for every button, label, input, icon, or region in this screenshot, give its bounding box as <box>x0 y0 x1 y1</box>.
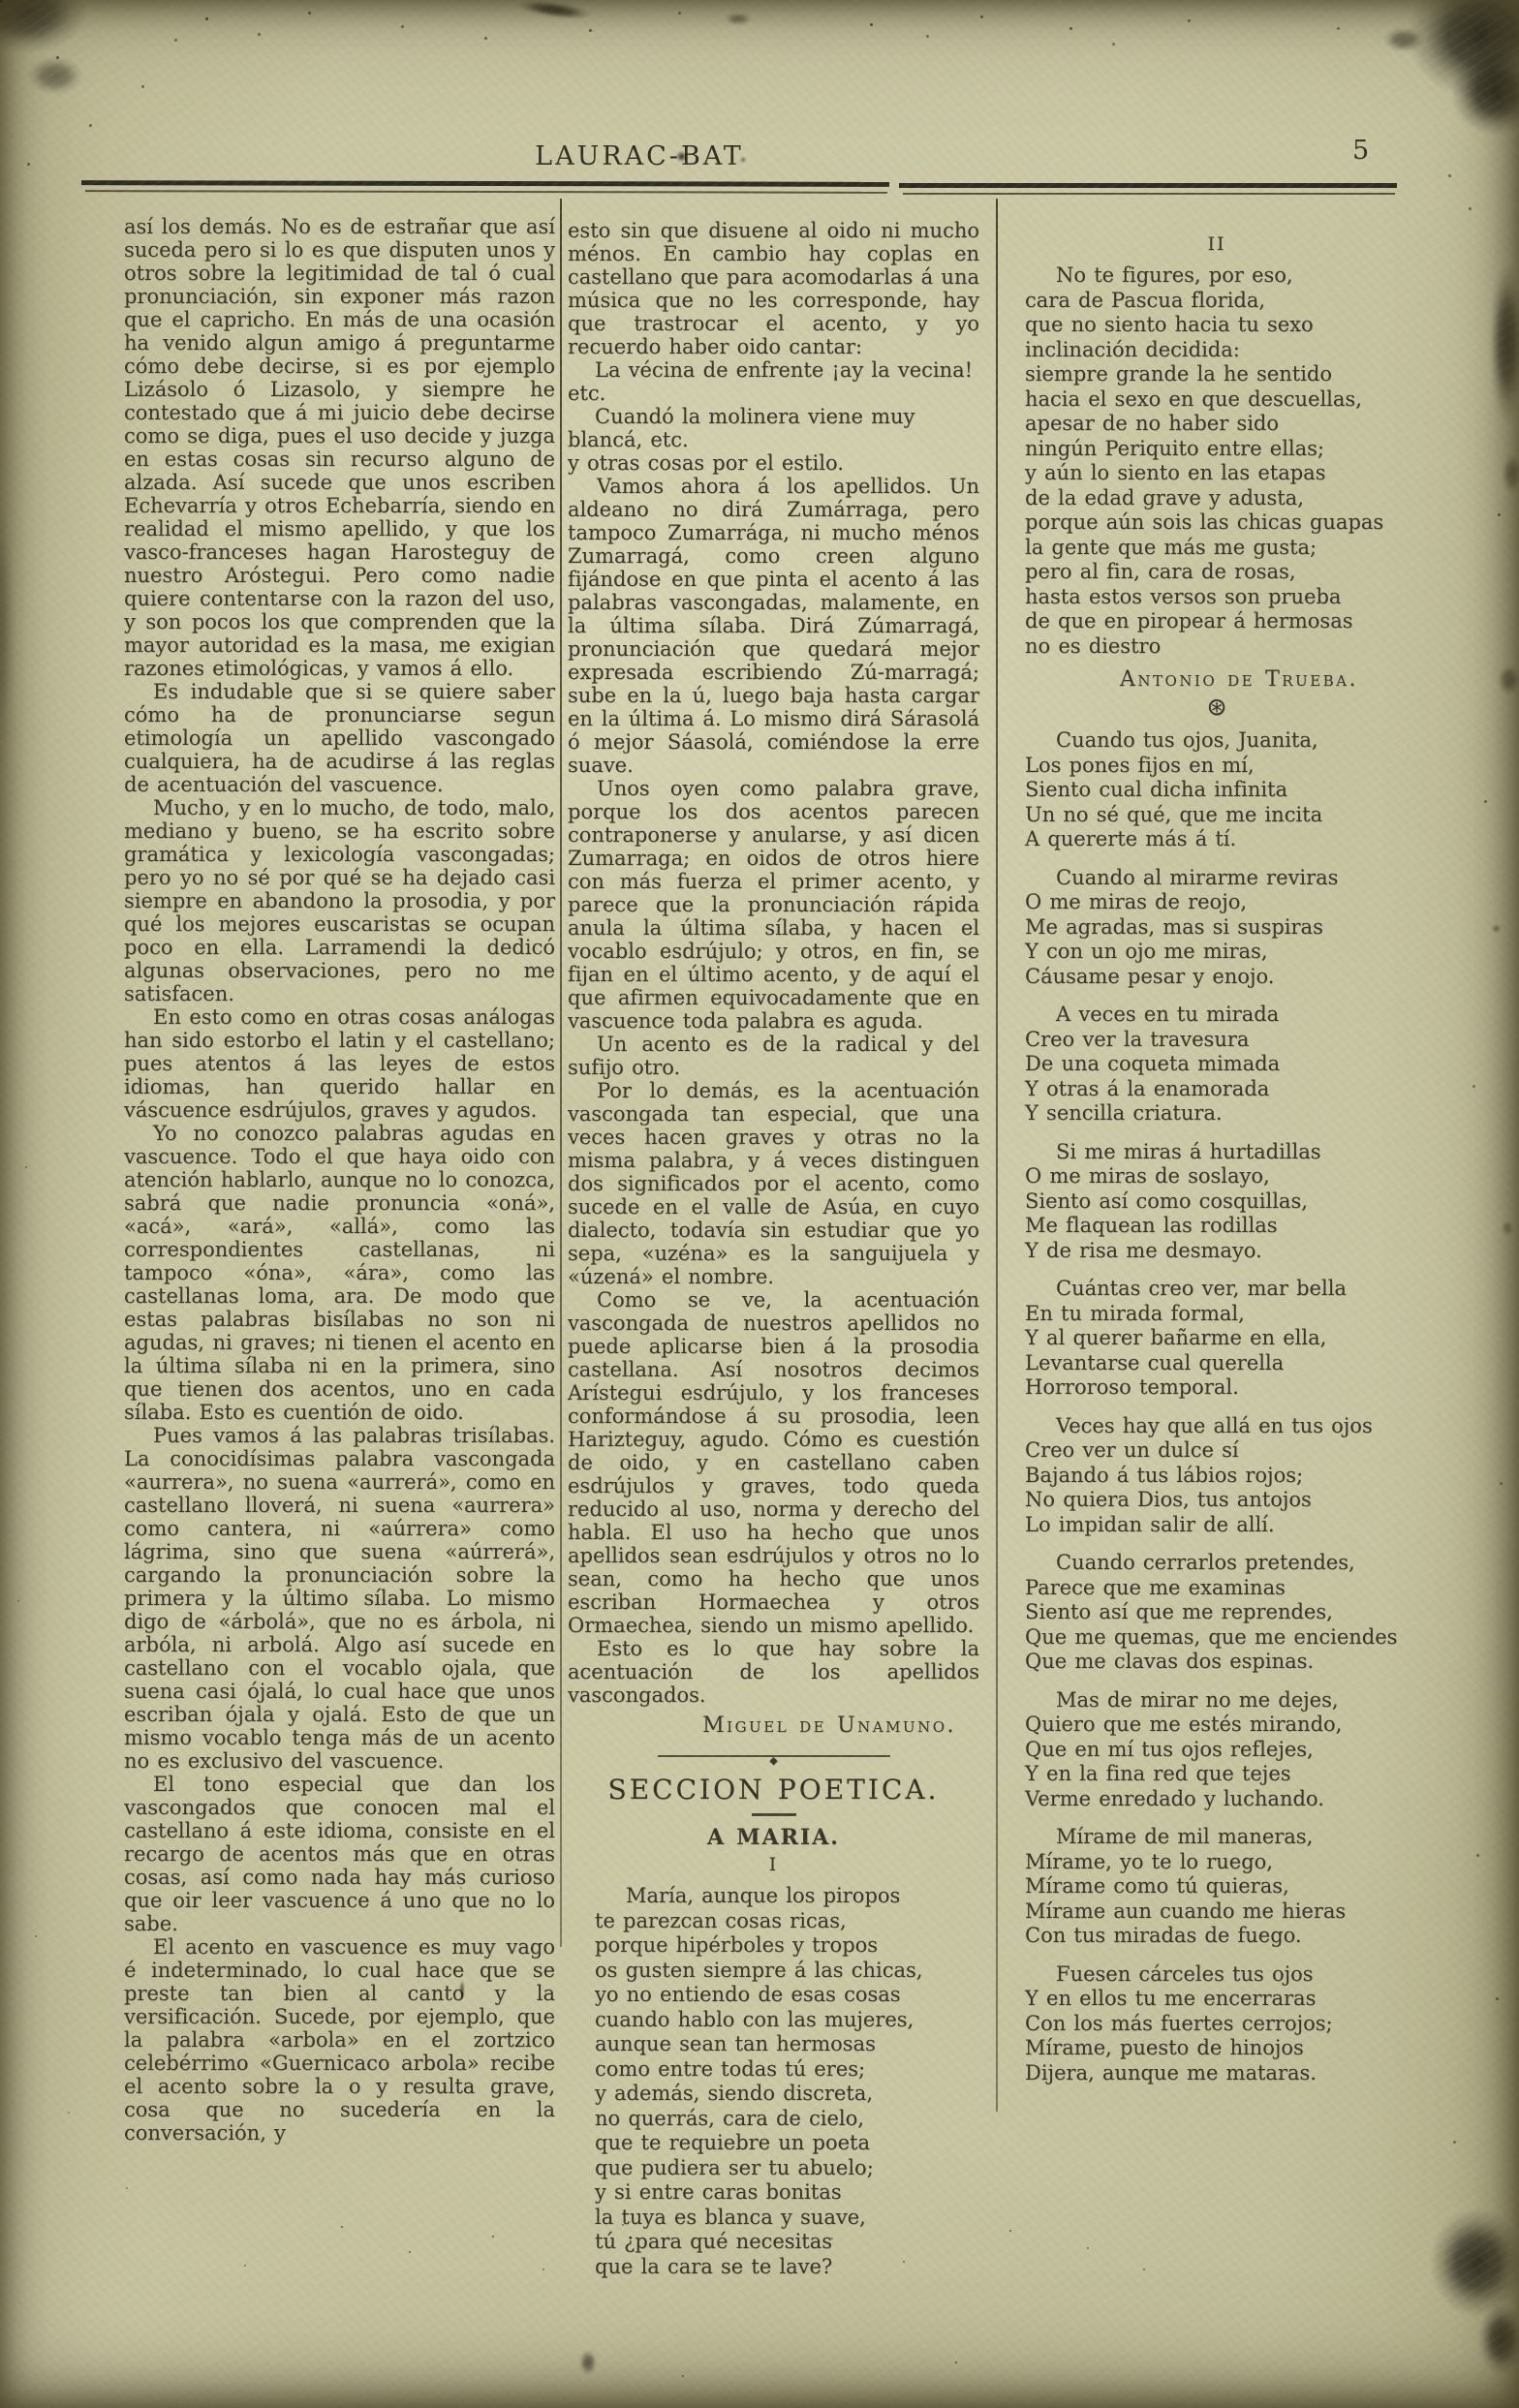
poem-line: que pudiera ser tu abuelo; <box>595 2156 979 2181</box>
poem-line: Cuántas creo ver, mar bella <box>1025 1277 1420 1302</box>
poem-line: hasta estos versos son prueba <box>1025 585 1420 610</box>
poem-line: Horroroso temporal. <box>1025 1375 1420 1401</box>
poem-line: Me flaquean las rodillas <box>1025 1214 1420 1239</box>
poem-stanza: Fuesen cárceles tus ojosY en ellos tu me… <box>1025 1962 1420 2086</box>
ink-stain <box>515 0 592 22</box>
ink-speckles <box>0 0 3 3</box>
ink-stain <box>1383 27 1424 52</box>
newspaper-page-scan: LAURAC-BAT 5 así los demás. No es de est… <box>0 0 1519 2408</box>
article-paragraph: Unos oyen como palabra grave, porque los… <box>568 777 979 1033</box>
author-signature-unamuno: Miguel de Unamuno. <box>568 1714 979 1738</box>
poem-title: A MARIA. <box>568 1826 979 1849</box>
section-heading: SECCION POETICA. <box>568 1778 979 1802</box>
poem-part-numeral-1: I <box>568 1853 979 1876</box>
poem-line: Mírame de mil maneras, <box>1025 1825 1420 1850</box>
diamond-ornament-icon: ◆ <box>763 1749 783 1773</box>
poem-line: Mas de mirar no me dejes, <box>1025 1688 1420 1713</box>
poem-line: Que me clavas dos espinas. <box>1025 1650 1420 1675</box>
poem-line: porque hipérboles y tropos <box>595 1933 979 1959</box>
poem-line: Creo ver la travesura <box>1025 1028 1420 1053</box>
poem-line: hacia el sexo en que descuellas, <box>1025 387 1420 413</box>
poem-line: Y de risa me desmayo. <box>1025 1239 1420 1264</box>
second-poem: Cuando tus ojos, Juanita,Los pones fijos… <box>1013 728 1420 2085</box>
column-rule-1 <box>560 199 562 1947</box>
article-paragraph: Un acento es de la radical y del sufijo … <box>568 1033 979 1079</box>
poem-line: Y en ellos tu me encerraras <box>1025 1987 1420 2012</box>
poem-stanza: Si me miras á hurtadillasO me miras de s… <box>1025 1140 1420 1264</box>
poem-line: Y otras á la enamorada <box>1025 1077 1420 1102</box>
ink-stain <box>0 0 87 53</box>
poem-line: como entre todas tú eres; <box>595 2057 979 2083</box>
poem-line: y si entre caras bonitas <box>595 2180 979 2206</box>
article-paragraph: Por lo demás, es la acentuación vasconga… <box>568 1079 979 1288</box>
poem-line: la gente que más me gusta; <box>1025 536 1420 561</box>
sunburst-ornament-icon: ⊛ <box>1013 695 1420 719</box>
poem-line: Dijera, aunque me mataras. <box>1025 2061 1420 2086</box>
poem-line: O me miras de soslayo, <box>1025 1164 1420 1189</box>
poem-line: de que en piropear á hermosas <box>1025 609 1420 634</box>
article-paragraph: Esto es lo que hay sobre la acentuación … <box>568 1637 979 1707</box>
poem-line: Los pones fijos en mí, <box>1025 754 1420 779</box>
poem-part-2: No te figures, por eso,cara de Pascua fl… <box>1013 263 1420 659</box>
poem-line: pero al fin, cara de rosas, <box>1025 560 1420 585</box>
poem-line: Lo impidan salir de allí. <box>1025 1513 1420 1538</box>
article-paragraph: Vamos ahora á los apellidos. Un aldeano … <box>568 475 979 777</box>
poem-line: Cuando tus ojos, Juanita, <box>1025 728 1420 754</box>
ink-stain <box>1498 664 1519 695</box>
poem-line: siempre grande la he sentido <box>1025 362 1420 387</box>
article-paragraph: La vécina de enfrente ¡ay la vecina! etc… <box>568 358 979 405</box>
poem-line: que la cara se te lave? <box>595 2255 979 2280</box>
article-paragraph: y otras cosas por el estilo. <box>568 451 979 475</box>
poem-line: Mírame, yo te lo ruego, <box>1025 1850 1420 1875</box>
poem-line: porque aún sois las chicas guapas <box>1025 510 1420 536</box>
article-paragraph: El acento en vascuence es muy vago é ind… <box>124 1935 555 2145</box>
poem-line: Creo ver un dulce sí <box>1025 1438 1420 1464</box>
poem-line: Mírame, puesto de hinojos <box>1025 2036 1420 2061</box>
column-1: así los demás. No es de estrañar que así… <box>124 215 555 2145</box>
ink-stain <box>725 13 752 25</box>
poem-part-1: María, aunque los piroposte parezcan cos… <box>568 1884 979 2279</box>
poem-stanza: Cuántas creo ver, mar bellaEn tu mirada … <box>1025 1277 1420 1401</box>
poem-line: Y en la fina red que tejes <box>1025 1762 1420 1787</box>
poem-stanza: Veces hay que allá en tus ojosCreo ver u… <box>1025 1414 1420 1538</box>
ink-stain <box>27 56 83 95</box>
poem-line: y aún lo siento en las etapas <box>1025 461 1420 486</box>
poem-line: Con tus miradas de fuego. <box>1025 1924 1420 1949</box>
ink-stain <box>1502 453 1519 494</box>
poem-line: os gusten siempre á las chicas, <box>595 1959 979 1984</box>
ink-dot <box>1492 924 1501 933</box>
poem-line: Que me quemas, que me enciendes <box>1025 1625 1420 1651</box>
poem-line: Siento así que me reprendes, <box>1025 1600 1420 1625</box>
poem-line: cara de Pascua florida, <box>1025 289 1420 314</box>
article-body-continued: esto sin que disuene al oido ni mucho mé… <box>568 219 979 1707</box>
page-number: 5 <box>1352 136 1369 166</box>
poem-line: no es diestro <box>1025 634 1420 660</box>
poem-line: Si me miras á hurtadillas <box>1025 1140 1420 1165</box>
poem-line: de la edad grave y adusta, <box>1025 486 1420 511</box>
poem-line: A quererte más á tí. <box>1025 827 1420 852</box>
poem-line: No te figures, por eso, <box>1025 263 1420 289</box>
article-paragraph: El tono especial que dan los vascongados… <box>124 1773 555 1935</box>
poem-line: Cuando al mirarme reviras <box>1025 866 1420 891</box>
poem-line: Bajando á tus lábios rojos; <box>1025 1464 1420 1489</box>
poem-line: Verme enredado y luchando. <box>1025 1787 1420 1812</box>
poem-line: Quiero que me estés mirando, <box>1025 1713 1420 1738</box>
poem-line: cuando hablo con las mujeres, <box>595 2008 979 2033</box>
ink-stain <box>1407 0 1519 100</box>
poem-line: Que en mí tus ojos reflejes, <box>1025 1738 1420 1763</box>
poem-line: De una coqueta mimada <box>1025 1052 1420 1077</box>
ink-dot <box>1502 1220 1513 1236</box>
poem-line: Levantarse cual querella <box>1025 1351 1420 1376</box>
article-paragraph: En esto como en otras cosas análogas han… <box>124 1005 555 1122</box>
article-paragraph: Pues vamos á las palabras trisílabas. La… <box>124 1424 555 1773</box>
poem-line: que te requiebre un poeta <box>595 2131 979 2156</box>
poem-line: la tuya es blanca y suave, <box>595 2206 979 2231</box>
poem-line: En tu mirada formal, <box>1025 1302 1420 1327</box>
poem-line: Veces hay que allá en tus ojos <box>1025 1414 1420 1439</box>
header-rule-left <box>81 180 889 187</box>
poem-line: Cáusame pesar y enojo. <box>1025 965 1420 990</box>
poem-stanza: Cuando al mirarme revirasO me miras de r… <box>1025 866 1420 990</box>
ink-stain <box>1490 263 1519 423</box>
poem-stanza: A veces en tu miradaCreo ver la travesur… <box>1025 1003 1420 1127</box>
column-2: esto sin que disuene al oido ni mucho mé… <box>568 219 979 2279</box>
poem-stanza: Cuando tus ojos, Juanita,Los pones fijos… <box>1025 728 1420 852</box>
poem-line: Y al querer bañarme en ella, <box>1025 1326 1420 1351</box>
poem-line: Y sencilla criatura. <box>1025 1101 1420 1127</box>
poem-line: O me miras de reojo, <box>1025 890 1420 915</box>
poem-line: María, aunque los piropos <box>595 1884 979 1909</box>
ink-stain <box>579 2350 597 2375</box>
poem-line: No quiera Dios, tus antojos <box>1025 1488 1420 1513</box>
poem-stanza: Cuando cerrarlos pretendes,Parece que me… <box>1025 1551 1420 1675</box>
poem-line: apesar de no haber sido <box>1025 412 1420 437</box>
poem-line: Fuesen cárceles tus ojos <box>1025 1962 1420 1988</box>
article-paragraph: Es indudable que si se quiere saber cómo… <box>124 680 555 796</box>
article-paragraph: esto sin que disuene al oido ni mucho mé… <box>568 219 979 358</box>
poem-line: Mírame aun cuando me hieras <box>1025 1899 1420 1925</box>
ink-stain <box>1478 2303 1519 2375</box>
poem-line: Siento así como cosquillas, <box>1025 1189 1420 1215</box>
poem-line: yo no entiendo de esas cosas <box>595 1983 979 2008</box>
poem-line: Siento cual dicha infinita <box>1025 778 1420 803</box>
poem-line: te parezcan cosas ricas, <box>595 1909 979 1934</box>
poem-line: y además, siendo discreta, <box>595 2082 979 2107</box>
poem-line: Mírame como tú quieras, <box>1025 1874 1420 1899</box>
poem-line: Cuando cerrarlos pretendes, <box>1025 1551 1420 1576</box>
poem-line: no querrás, cara de cielo, <box>595 2107 979 2132</box>
section-divider-rule: ◆ <box>658 1755 890 1767</box>
heading-rule <box>752 1813 796 1816</box>
poem-line: tú ¿para qué necesitas <box>595 2230 979 2255</box>
column-3: II No te figures, por eso,cara de Pascua… <box>1013 229 1420 2099</box>
poem-line: Con los más fuertes cerrojos; <box>1025 2012 1420 2037</box>
ink-stain <box>1451 50 1519 136</box>
article-paragraph: Cuandó la molinera viene muy blancá, etc… <box>568 405 979 451</box>
poem-line: ningún Periquito entre ellas; <box>1025 437 1420 462</box>
ink-smear <box>0 502 12 756</box>
article-paragraph: Como se ve, la acentuación vascongada de… <box>568 1288 979 1637</box>
poem-stanza: Mírame de mil maneras,Mírame, yo te lo r… <box>1025 1825 1420 1949</box>
poem-line: Parece que me examinas <box>1025 1576 1420 1601</box>
column-rule-2 <box>996 199 998 2112</box>
article-paragraph: así los demás. No es de estrañar que así… <box>124 215 555 680</box>
author-signature-trueba: Antonio de Trueba. <box>1013 668 1420 692</box>
article-paragraph: Yo no conozco palabras agudas en vascuen… <box>124 1122 555 1424</box>
poem-stanza: Mas de mirar no me dejes,Quiero que me e… <box>1025 1688 1420 1812</box>
ink-stain <box>1430 2208 1519 2317</box>
masthead-title: LAURAC-BAT <box>436 141 843 171</box>
ink-speckles <box>0 0 2 2</box>
poem-line: Y con un ojo me miras, <box>1025 940 1420 965</box>
poem-line: aunque sean tan hermosas <box>595 2032 979 2057</box>
article-paragraph: Mucho, y en lo mucho, de todo, malo, med… <box>124 796 555 1005</box>
poem-part-numeral-2: II <box>1013 232 1420 256</box>
poem-line: Un no sé qué, que me incita <box>1025 803 1420 828</box>
poem-line: Me agradas, mas si suspiras <box>1025 915 1420 941</box>
poem-line: inclinación decidida: <box>1025 338 1420 363</box>
poem-line: que no siento hacia tu sexo <box>1025 313 1420 338</box>
poem-line: A veces en tu mirada <box>1025 1003 1420 1028</box>
header-rule-right <box>899 183 1397 188</box>
